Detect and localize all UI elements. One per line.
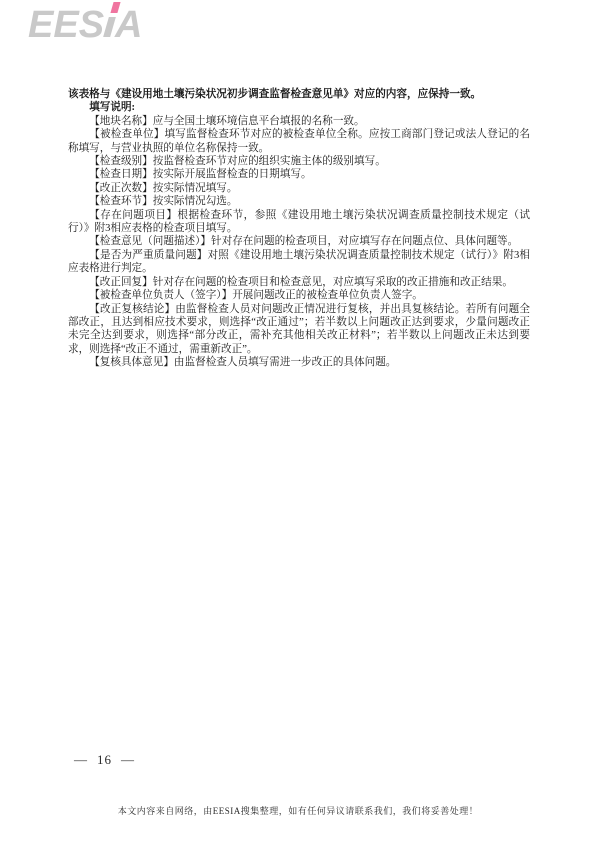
instruction-paragraph: 【检查意见（问题描述）】针对存在问题的检查项目，对应填写存在问题点位、具体问题等…	[68, 235, 530, 248]
document-page: EESA 该表格与《建设用地土壤污染状况初步调查监督检查意见单》对应的内容，应保…	[0, 0, 596, 842]
page-number-dash-left: —	[74, 752, 88, 768]
instruction-paragraph: 【存在问题项目】根据检查环节，参照《建设用地土壤污染状况调查质量控制技术规定（试…	[68, 209, 530, 236]
logo-i-stem	[103, 17, 116, 37]
section-heading: 填写说明:	[68, 101, 530, 114]
instruction-paragraphs: 【地块名称】应与全国土壤环境信息平台填报的名称一致。【被检查单位】填写监督检查环…	[68, 115, 530, 370]
document-body: 该表格与《建设用地土壤污染状况初步调查监督检查意见单》对应的内容，应保持一致。 …	[68, 88, 530, 370]
instruction-paragraph: 【被检查单位】填写监督检查环节对应的被检查单位全称。应按工商部门登记或法人登记的…	[68, 128, 530, 155]
instruction-paragraph: 【复核具体意见】由监督检查人员填写需进一步改正的具体问题。	[68, 356, 530, 369]
instruction-paragraph: 【检查级别】按监督检查环节对应的组织实施主体的级别填写。	[68, 155, 530, 168]
logo-text: EESA	[28, 4, 143, 46]
logo-letter-i	[104, 10, 115, 37]
instruction-paragraph: 【改正复核结论】由监督检查人员对问题改正情况进行复核，并出具复核结论。若所有问题…	[68, 303, 530, 357]
logo-part-left: EES	[28, 4, 104, 46]
instruction-paragraph: 【是否为严重质量问题】对照《建设用地土壤污染状况调查质量控制技术规定（试行）》附…	[68, 249, 530, 276]
page-number-value: 16	[97, 752, 112, 768]
instruction-paragraph: 【改正回复】针对存在问题的检查项目和检查意见，对应填写采取的改正措施和改正结果。	[68, 276, 530, 289]
instruction-paragraph: 【检查环节】按实际情况勾选。	[68, 195, 530, 208]
eesia-logo: EESA	[28, 4, 143, 46]
logo-part-right: A	[115, 4, 142, 46]
footer-disclaimer: 本文内容来自网络，由EESIA搜集整理，如有任何异议请联系我们，我们将妥善处理！	[0, 804, 596, 817]
instruction-paragraph: 【被检查单位负责人（签字）】开展问题改正的被检查单位负责人签字。	[68, 289, 530, 302]
instruction-paragraph: 【检查日期】按实际开展监督检查的日期填写。	[68, 168, 530, 181]
page-number: — 16 —	[74, 752, 135, 768]
instruction-paragraph: 【地块名称】应与全国土壤环境信息平台填报的名称一致。	[68, 115, 530, 128]
intro-line: 该表格与《建设用地土壤污染状况初步调查监督检查意见单》对应的内容，应保持一致。	[68, 88, 530, 101]
instruction-paragraph: 【改正次数】按实际情况填写。	[68, 182, 530, 195]
page-number-dash-right: —	[121, 752, 135, 768]
